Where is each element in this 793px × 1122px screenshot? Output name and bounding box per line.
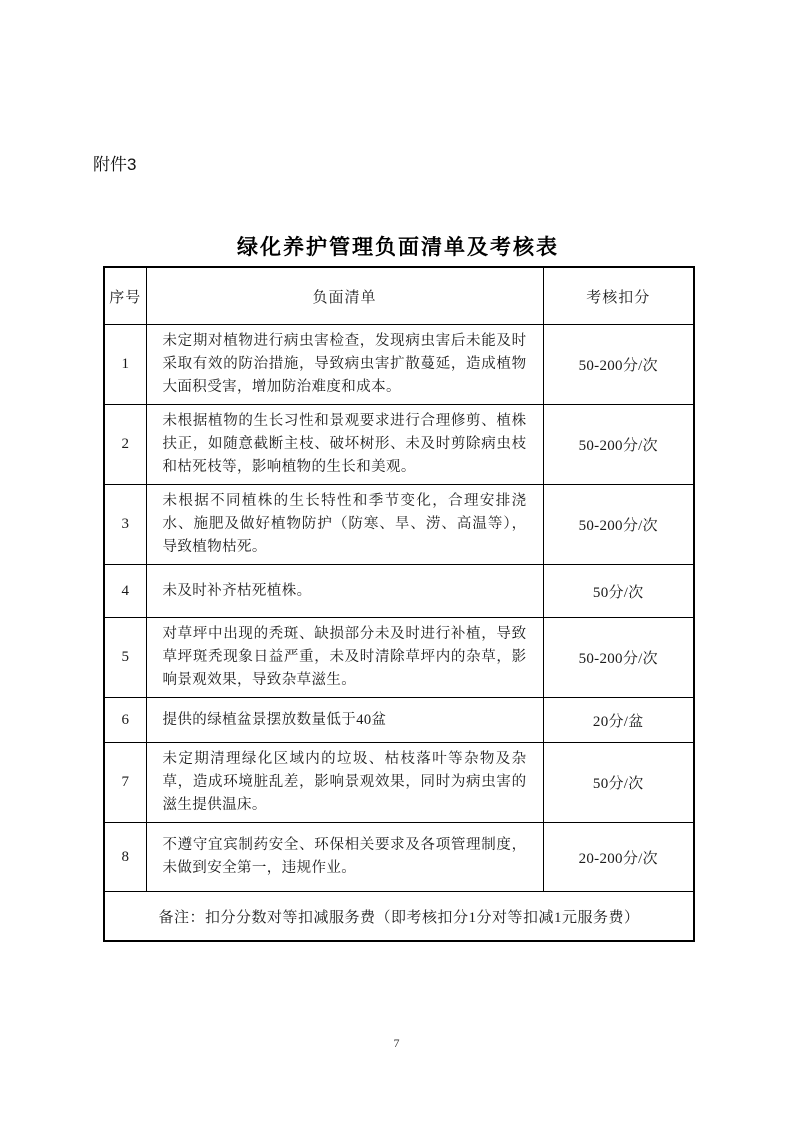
row-number-cell: 6 [104, 698, 146, 743]
negative-list-cell: 不遵守宜宾制药安全、环保相关要求及各项管理制度，未做到安全第一，违规作业。 [146, 823, 543, 892]
negative-list-cell: 未根据植物的生长习性和景观要求进行合理修剪、植株扶正，如随意截断主枝、破坏树形、… [146, 405, 543, 485]
column-header-number: 序号 [104, 267, 146, 325]
row-number-cell: 4 [104, 565, 146, 618]
page-number: 7 [0, 1036, 793, 1051]
deduction-cell: 20-200分/次 [543, 823, 694, 892]
assessment-table: 序号 负面清单 考核扣分 1未定期对植物进行病虫害检查，发现病虫害后未能及时采取… [103, 266, 695, 942]
document-page: 附件3 绿化养护管理负面清单及考核表 序号 负面清单 考核扣分 1未定期对植物进… [0, 0, 793, 1122]
deduction-cell: 50-200分/次 [543, 485, 694, 565]
column-header-negative-list: 负面清单 [146, 267, 543, 325]
deduction-cell: 50-200分/次 [543, 325, 694, 405]
deduction-cell: 50-200分/次 [543, 405, 694, 485]
column-header-deduction: 考核扣分 [543, 267, 694, 325]
table-body: 1未定期对植物进行病虫害检查，发现病虫害后未能及时采取有效的防治措施，导致病虫害… [104, 325, 694, 892]
table-row: 2未根据植物的生长习性和景观要求进行合理修剪、植株扶正，如随意截断主枝、破坏树形… [104, 405, 694, 485]
table-row: 6提供的绿植盆景摆放数量低于40盆20分/盆 [104, 698, 694, 743]
negative-list-cell: 未根据不同植株的生长特性和季节变化，合理安排浇水、施肥及做好植物防护（防寒、旱、… [146, 485, 543, 565]
table-footer: 备注：扣分分数对等扣减服务费（即考核扣分1分对等扣减1元服务费） [104, 892, 694, 942]
deduction-cell: 50分/次 [543, 743, 694, 823]
table-header-row: 序号 负面清单 考核扣分 [104, 267, 694, 325]
attachment-label: 附件3 [93, 150, 136, 175]
negative-list-cell: 未定期清理绿化区域内的垃圾、枯枝落叶等杂物及杂草，造成环境脏乱差，影响景观效果，… [146, 743, 543, 823]
table-row: 5对草坪中出现的秃斑、缺损部分未及时进行补植，导致草坪斑秃现象日益严重，未及时清… [104, 618, 694, 698]
deduction-cell: 50分/次 [543, 565, 694, 618]
table-row: 8不遵守宜宾制药安全、环保相关要求及各项管理制度，未做到安全第一，违规作业。20… [104, 823, 694, 892]
row-number-cell: 7 [104, 743, 146, 823]
page-title: 绿化养护管理负面清单及考核表 [103, 231, 693, 261]
note-text: 备注：扣分分数对等扣减服务费（即考核扣分1分对等扣减1元服务费） [104, 892, 694, 942]
row-number-cell: 2 [104, 405, 146, 485]
row-number-cell: 5 [104, 618, 146, 698]
deduction-cell: 50-200分/次 [543, 618, 694, 698]
negative-list-cell: 对草坪中出现的秃斑、缺损部分未及时进行补植，导致草坪斑秃现象日益严重，未及时清除… [146, 618, 543, 698]
negative-list-cell: 未定期对植物进行病虫害检查，发现病虫害后未能及时采取有效的防治措施，导致病虫害扩… [146, 325, 543, 405]
row-number-cell: 3 [104, 485, 146, 565]
row-number-cell: 8 [104, 823, 146, 892]
note-row: 备注：扣分分数对等扣减服务费（即考核扣分1分对等扣减1元服务费） [104, 892, 694, 942]
negative-list-cell: 未及时补齐枯死植株。 [146, 565, 543, 618]
negative-list-cell: 提供的绿植盆景摆放数量低于40盆 [146, 698, 543, 743]
table-row: 7未定期清理绿化区域内的垃圾、枯枝落叶等杂物及杂草，造成环境脏乱差，影响景观效果… [104, 743, 694, 823]
row-number-cell: 1 [104, 325, 146, 405]
table-row: 4未及时补齐枯死植株。50分/次 [104, 565, 694, 618]
table-row: 1未定期对植物进行病虫害检查，发现病虫害后未能及时采取有效的防治措施，导致病虫害… [104, 325, 694, 405]
table-row: 3未根据不同植株的生长特性和季节变化，合理安排浇水、施肥及做好植物防护（防寒、旱… [104, 485, 694, 565]
deduction-cell: 20分/盆 [543, 698, 694, 743]
